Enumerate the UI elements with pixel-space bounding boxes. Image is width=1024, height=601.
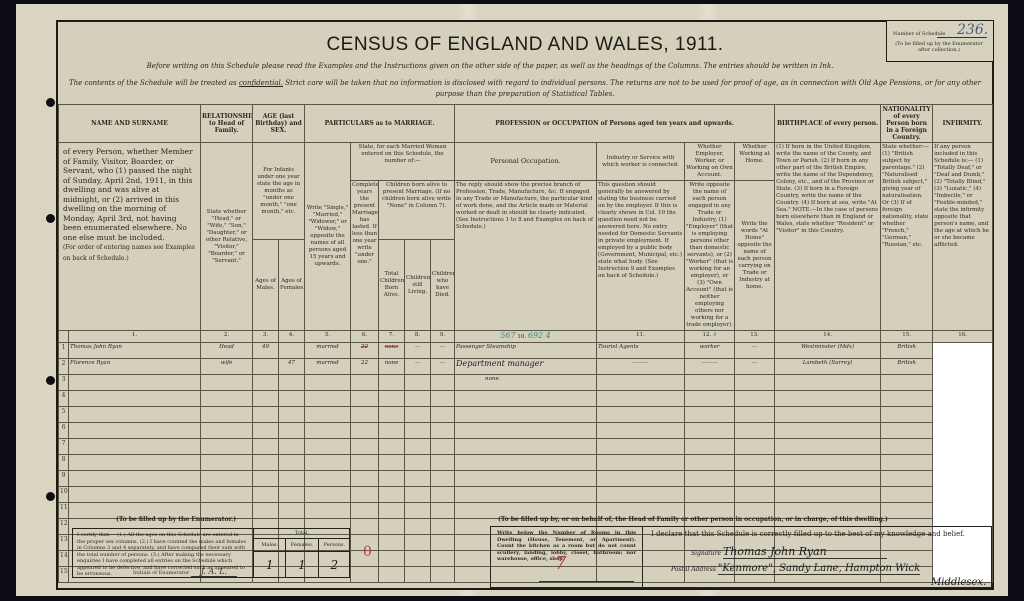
relationship-instructions: State whether "Head," or "Wife," "Son," … bbox=[201, 143, 253, 331]
cell bbox=[379, 551, 405, 567]
total-children-header: Total Children Born Alive. bbox=[379, 240, 405, 331]
cell bbox=[405, 551, 431, 567]
industry: ——— bbox=[597, 359, 685, 375]
person-name: Florence Ryan bbox=[69, 359, 201, 375]
years-married: 22 bbox=[351, 343, 379, 359]
birthplace: Lambeth (Surrey) bbox=[775, 359, 881, 375]
industry-instructions: This question should generally be answer… bbox=[597, 181, 685, 331]
cell bbox=[775, 439, 881, 455]
cell bbox=[351, 423, 379, 439]
age-instructions: For Infants under one year state the age… bbox=[253, 143, 305, 240]
cell bbox=[735, 375, 775, 391]
age-female: 47 bbox=[279, 359, 305, 375]
employer-status: ——— bbox=[685, 359, 735, 375]
confidential-post: Strict care will be taken that no inform… bbox=[285, 79, 981, 98]
cell bbox=[455, 391, 597, 407]
enumerator-label: (To be filled up by the Enumerator.) bbox=[116, 516, 236, 523]
cell bbox=[379, 567, 405, 583]
cell bbox=[201, 375, 253, 391]
cell bbox=[405, 439, 431, 455]
totals-columns: Males. Females. Persons. bbox=[254, 539, 350, 552]
cell bbox=[431, 471, 455, 487]
children-living: — bbox=[405, 343, 431, 359]
confidential-pre: The contents of the Schedule will be tre… bbox=[69, 79, 237, 87]
personal-occupation: Passenger Steamship bbox=[455, 343, 597, 359]
writing-instruction: Before writing on this Schedule please r… bbox=[58, 62, 922, 70]
row-number: 5 bbox=[59, 407, 69, 423]
cell bbox=[201, 423, 253, 439]
header-relationship: RELATIONSHIP to Head of Family. bbox=[201, 105, 253, 143]
cell bbox=[431, 535, 455, 551]
cell bbox=[379, 423, 405, 439]
schedule-frame: CENSUS OF ENGLAND AND WALES, 1911. Befor… bbox=[56, 20, 994, 590]
postal-address-field: Postal Address "Kenmore", Sandy Lane, Ha… bbox=[671, 563, 920, 574]
cell bbox=[735, 455, 775, 471]
cell bbox=[379, 471, 405, 487]
cell bbox=[597, 487, 685, 503]
person-name: Thomas John Ryan bbox=[69, 343, 201, 359]
row-number: 6 bbox=[59, 423, 69, 439]
females-header: Females. bbox=[286, 539, 318, 551]
name-instruction-text: of every Person, whether Member of Famil… bbox=[63, 147, 193, 242]
cell bbox=[685, 407, 735, 423]
cell bbox=[69, 407, 201, 423]
cell bbox=[253, 375, 279, 391]
cell bbox=[379, 519, 405, 535]
code-annotation: 567 bbox=[500, 331, 515, 340]
cell bbox=[775, 423, 881, 439]
rooms-line bbox=[539, 581, 634, 582]
cell bbox=[351, 407, 379, 423]
cell bbox=[305, 503, 351, 519]
cell bbox=[279, 423, 305, 439]
nationality-instructions: State whether:— (1) "British subject by … bbox=[881, 143, 933, 331]
cell bbox=[881, 423, 933, 439]
cell bbox=[379, 535, 405, 551]
cell bbox=[379, 487, 405, 503]
colnum-10-label: 10. bbox=[517, 334, 526, 340]
personal-occupation-header: Personal Occupation. bbox=[455, 143, 597, 181]
cell bbox=[405, 535, 431, 551]
colnum-16: 16. bbox=[933, 331, 993, 343]
cell bbox=[775, 407, 881, 423]
marital-status: married bbox=[305, 343, 351, 359]
cell bbox=[305, 375, 351, 391]
cell bbox=[597, 471, 685, 487]
years-married-instructions: Completed years the present Marriage has… bbox=[351, 181, 379, 331]
cell bbox=[305, 407, 351, 423]
cell bbox=[279, 407, 305, 423]
children-living-header: Children still Living. bbox=[405, 240, 431, 331]
cell bbox=[597, 423, 685, 439]
cell bbox=[201, 471, 253, 487]
table-row: 1 Thomas John Ryan Head 49 married 22 no… bbox=[59, 343, 993, 359]
cell bbox=[305, 455, 351, 471]
colnum-12-label: 12. bbox=[703, 332, 712, 338]
confidentiality-notice: The contents of the Schedule will be tre… bbox=[66, 78, 984, 100]
row-number: 15 bbox=[59, 567, 69, 583]
signature-field: Signature Thomas John Ryan bbox=[691, 545, 887, 558]
confidential-word: confidential. bbox=[239, 79, 283, 87]
cell bbox=[431, 391, 455, 407]
cell bbox=[405, 391, 431, 407]
relationship: Head bbox=[201, 343, 253, 359]
cell bbox=[279, 455, 305, 471]
cell bbox=[253, 391, 279, 407]
cell bbox=[69, 487, 201, 503]
cell bbox=[431, 375, 455, 391]
cell bbox=[279, 391, 305, 407]
colnum-2: 2. bbox=[201, 331, 253, 343]
children-total: none bbox=[379, 343, 405, 359]
cell bbox=[69, 375, 201, 391]
cell bbox=[431, 423, 455, 439]
colnum-1: 1. bbox=[69, 331, 201, 343]
totals-header: Total. bbox=[254, 529, 350, 539]
code-annotation: 4 bbox=[713, 332, 717, 338]
row-number: 4 bbox=[59, 391, 69, 407]
children-died: — bbox=[431, 359, 455, 375]
header-name: NAME AND SURNAME bbox=[59, 105, 201, 143]
cell bbox=[351, 519, 379, 535]
initials-value: J. A. L. bbox=[191, 567, 237, 577]
row-number: 13 bbox=[59, 535, 69, 551]
cell bbox=[351, 487, 379, 503]
table-row: 9 bbox=[59, 471, 993, 487]
column-number-row: 1. 2. 3. 4. 5. 6. 7. 8. 9. 567 10. 692 4… bbox=[59, 331, 993, 343]
totals-table: Total. Males. Females. Persons. 1 1 2 bbox=[253, 529, 350, 577]
punch-hole bbox=[46, 98, 55, 107]
signature-value: Thomas John Ryan bbox=[723, 545, 887, 559]
cell bbox=[69, 455, 201, 471]
colnum-6: 6. bbox=[351, 331, 379, 343]
cell bbox=[431, 503, 455, 519]
cell bbox=[69, 423, 201, 439]
cell bbox=[735, 423, 775, 439]
cell bbox=[431, 407, 455, 423]
personal-occupation: Department manager bbox=[455, 359, 597, 375]
birthplace: Westminster (Mdx) bbox=[801, 344, 854, 350]
address-line-1: "Kenmore", Sandy Lane, Hampton Wick bbox=[718, 563, 920, 575]
cell bbox=[405, 471, 431, 487]
cell bbox=[735, 439, 775, 455]
personal-occupation-instructions: The reply should show the precise branch… bbox=[455, 181, 597, 331]
table-row: 5 bbox=[59, 407, 993, 423]
marital-status-instructions: Write "Single," "Married," "Widower," or… bbox=[305, 143, 351, 331]
cell bbox=[735, 407, 775, 423]
age-male bbox=[253, 359, 279, 375]
colnum-15: 15. bbox=[881, 331, 933, 343]
cell bbox=[685, 487, 735, 503]
cell bbox=[253, 471, 279, 487]
cell bbox=[405, 423, 431, 439]
cell bbox=[279, 503, 305, 519]
name-instructions: of every Person, whether Member of Famil… bbox=[59, 143, 201, 331]
cell bbox=[253, 407, 279, 423]
infirmity-instructions: If any person included in this Schedule … bbox=[933, 143, 993, 331]
cell bbox=[305, 439, 351, 455]
cell bbox=[431, 567, 455, 583]
punch-hole bbox=[46, 376, 55, 385]
head-of-family-box: Write below the Number of Rooms in this … bbox=[490, 526, 992, 588]
cell bbox=[305, 471, 351, 487]
cell bbox=[431, 487, 455, 503]
working-at-home: — bbox=[735, 359, 775, 375]
cell bbox=[253, 503, 279, 519]
persons-header: Persons. bbox=[319, 539, 350, 551]
row-number: 7 bbox=[59, 439, 69, 455]
cell bbox=[597, 439, 685, 455]
cell bbox=[597, 455, 685, 471]
cell bbox=[305, 391, 351, 407]
cell bbox=[775, 375, 881, 391]
cell bbox=[305, 423, 351, 439]
cell bbox=[405, 487, 431, 503]
enumerator-initials: Initials of Enumerator J. A. L. bbox=[133, 569, 237, 577]
children-died-header: Children who have Died. bbox=[431, 240, 455, 331]
enumerator-certificate-box: I certify that:— (1.) All the ages on th… bbox=[72, 528, 350, 578]
rooms-box: Write below the Number of Rooms in this … bbox=[491, 527, 643, 587]
cell bbox=[379, 503, 405, 519]
cell bbox=[379, 407, 405, 423]
row-number: 14 bbox=[59, 551, 69, 567]
working-at-home: — bbox=[735, 343, 775, 359]
cell bbox=[597, 375, 685, 391]
colnum-13: 13. bbox=[735, 331, 775, 343]
age-female bbox=[279, 343, 305, 359]
cell bbox=[431, 439, 455, 455]
table-row: 6 bbox=[59, 423, 993, 439]
cell bbox=[69, 471, 201, 487]
birthplace-instructions: (1) If born in the United Kingdom, write… bbox=[775, 143, 881, 331]
colnum-blank bbox=[59, 331, 69, 343]
colnum-12: 12. 4 bbox=[685, 331, 735, 343]
cell bbox=[69, 439, 201, 455]
children-total: none bbox=[379, 359, 405, 375]
rooms-instructions: Write below the Number of Rooms in this … bbox=[497, 530, 636, 562]
birthplace-cell: Westminster (Mdx) bbox=[775, 343, 881, 359]
cell bbox=[379, 391, 405, 407]
colnum-10: 567 10. 692 4 bbox=[455, 331, 597, 343]
row-number: 2 bbox=[59, 359, 69, 375]
cell bbox=[685, 471, 735, 487]
colnum-4: 4. bbox=[279, 331, 305, 343]
males-header: Males. bbox=[254, 539, 286, 551]
punch-hole bbox=[46, 492, 55, 501]
cell bbox=[735, 471, 775, 487]
schedule-number-box: Number of Schedule 236. (To be filled up… bbox=[886, 20, 994, 62]
table-row: 3none. bbox=[59, 375, 993, 391]
header-nationality: NATIONALITY of every Person born in a Fo… bbox=[881, 105, 933, 143]
signature-label: Signature bbox=[691, 550, 721, 557]
table-row: 4 bbox=[59, 391, 993, 407]
cell bbox=[379, 439, 405, 455]
cell bbox=[351, 391, 379, 407]
cell bbox=[279, 439, 305, 455]
cell bbox=[351, 567, 379, 583]
cell bbox=[201, 487, 253, 503]
ages-females-header: Ages of Females. bbox=[279, 240, 305, 331]
females-total: 1 bbox=[286, 552, 318, 578]
cell bbox=[253, 487, 279, 503]
cell bbox=[431, 455, 455, 471]
colnum-14: 14. bbox=[775, 331, 881, 343]
cell bbox=[253, 423, 279, 439]
colnum-5: 5. bbox=[305, 331, 351, 343]
cell bbox=[379, 455, 405, 471]
cell bbox=[881, 487, 933, 503]
cell bbox=[735, 391, 775, 407]
cell bbox=[351, 455, 379, 471]
schedule-number-value: 236. bbox=[957, 22, 988, 38]
cell bbox=[597, 407, 685, 423]
table-row: 10 bbox=[59, 487, 993, 503]
employer-status: worker bbox=[685, 343, 735, 359]
row-number: 12 bbox=[59, 519, 69, 535]
table-row: 8 bbox=[59, 455, 993, 471]
marital-status: married bbox=[305, 359, 351, 375]
punch-hole bbox=[46, 214, 55, 223]
children-living: — bbox=[405, 359, 431, 375]
cell bbox=[775, 391, 881, 407]
children-died: — bbox=[431, 343, 455, 359]
occupation-continuation: none. bbox=[455, 375, 597, 391]
cell bbox=[431, 551, 455, 567]
cell bbox=[405, 407, 431, 423]
cell bbox=[405, 503, 431, 519]
colnum-8: 8. bbox=[405, 331, 431, 343]
header-birthplace: BIRTHPLACE of every person. bbox=[775, 105, 881, 143]
row-number: 11 bbox=[59, 503, 69, 519]
cell bbox=[455, 471, 597, 487]
children-instructions: Children born alive to present Marriage.… bbox=[379, 181, 455, 240]
cell bbox=[351, 375, 379, 391]
header-profession: PROFESSION or OCCUPATION of Persons aged… bbox=[455, 105, 775, 143]
cell bbox=[455, 423, 597, 439]
cell bbox=[455, 439, 597, 455]
nationality: British bbox=[881, 359, 933, 375]
age-male: 49 bbox=[253, 343, 279, 359]
employer-header: Whether Employer, Worker, or Working on … bbox=[685, 143, 735, 181]
cell bbox=[735, 487, 775, 503]
cell bbox=[201, 407, 253, 423]
cell bbox=[685, 375, 735, 391]
table-row: 2 Florence Ryan wife 47 married 22 none … bbox=[59, 359, 993, 375]
address-label: Postal Address bbox=[671, 566, 716, 573]
industry-header: Industry or Service with which worker is… bbox=[597, 143, 685, 181]
relationship: wife bbox=[201, 359, 253, 375]
cell bbox=[69, 391, 201, 407]
industry: Tourist Agents bbox=[597, 343, 685, 359]
colnum-9: 9. bbox=[431, 331, 455, 343]
cell bbox=[351, 503, 379, 519]
cell bbox=[201, 391, 253, 407]
cell bbox=[431, 519, 455, 535]
rooms-count: 7 bbox=[555, 561, 566, 568]
colnum-11: 11. bbox=[597, 331, 685, 343]
cell bbox=[455, 407, 597, 423]
page-title: CENSUS OF ENGLAND AND WALES, 1911. bbox=[58, 34, 992, 56]
married-women-instructions: State, for each Married Woman entered on… bbox=[351, 143, 455, 181]
cell bbox=[881, 407, 933, 423]
cell bbox=[351, 471, 379, 487]
totals-values: 1 1 2 bbox=[254, 552, 350, 578]
table-row: 7 bbox=[59, 439, 993, 455]
cell bbox=[405, 375, 431, 391]
cell bbox=[201, 439, 253, 455]
header-marriage: PARTICULARS as to MARRIAGE. bbox=[305, 105, 455, 143]
years-married: 22 bbox=[351, 359, 379, 375]
cell bbox=[405, 567, 431, 583]
cell bbox=[279, 375, 305, 391]
row-number: 3 bbox=[59, 375, 69, 391]
cell bbox=[405, 455, 431, 471]
row-number: 1 bbox=[59, 343, 69, 359]
row-number: 9 bbox=[59, 471, 69, 487]
home-header: Whether Working at Home. bbox=[735, 143, 775, 181]
red-mark: 0 bbox=[363, 544, 372, 560]
header-infirmity: INFIRMITY. bbox=[933, 105, 993, 143]
cell bbox=[881, 439, 933, 455]
colnum-3: 3. bbox=[253, 331, 279, 343]
cell bbox=[455, 455, 597, 471]
cell bbox=[881, 503, 933, 519]
persons-total: 2 bbox=[319, 552, 350, 578]
address-line-2: Middlesex. bbox=[931, 577, 986, 588]
cell bbox=[685, 455, 735, 471]
cell bbox=[455, 487, 597, 503]
census-table: NAME AND SURNAME RELATIONSHIP to Head of… bbox=[58, 104, 993, 583]
schedule-number-note: (To be filled up by the Enumerator after… bbox=[893, 41, 985, 53]
cell bbox=[405, 519, 431, 535]
declaration: I declare that this Schedule is correctl… bbox=[651, 530, 965, 538]
cell bbox=[775, 487, 881, 503]
nationality: British bbox=[881, 343, 933, 359]
cell bbox=[305, 487, 351, 503]
cell bbox=[775, 471, 881, 487]
cell bbox=[881, 391, 933, 407]
row-number: 8 bbox=[59, 455, 69, 471]
cell bbox=[253, 455, 279, 471]
cell bbox=[351, 439, 379, 455]
initials-label: Initials of Enumerator bbox=[133, 570, 189, 576]
census-schedule-page: CENSUS OF ENGLAND AND WALES, 1911. Befor… bbox=[16, 4, 1008, 596]
row-number: 10 bbox=[59, 487, 69, 503]
ages-males-header: Ages of Males. bbox=[253, 240, 279, 331]
name-order-note: (For order of entering names see Example… bbox=[63, 244, 195, 262]
cell bbox=[597, 391, 685, 407]
cell bbox=[881, 455, 933, 471]
cell bbox=[685, 423, 735, 439]
head-of-family-label: (To be filled up by, or on behalf of, th… bbox=[498, 516, 888, 523]
employer-instructions: Write opposite the name of each person e… bbox=[685, 181, 735, 331]
cell bbox=[379, 375, 405, 391]
cell bbox=[685, 439, 735, 455]
code-annotation: 692 4 bbox=[528, 331, 551, 340]
cell bbox=[279, 487, 305, 503]
home-instructions: Write the words "At Home" opposite the n… bbox=[735, 181, 775, 331]
colnum-7: 7. bbox=[379, 331, 405, 343]
cell bbox=[279, 471, 305, 487]
cell bbox=[685, 391, 735, 407]
cell bbox=[881, 375, 933, 391]
males-total: 1 bbox=[254, 552, 286, 578]
header-age: AGE (last Birthday) and SEX. bbox=[253, 105, 305, 143]
cell bbox=[775, 455, 881, 471]
cell bbox=[253, 439, 279, 455]
cell bbox=[881, 471, 933, 487]
cell bbox=[201, 455, 253, 471]
